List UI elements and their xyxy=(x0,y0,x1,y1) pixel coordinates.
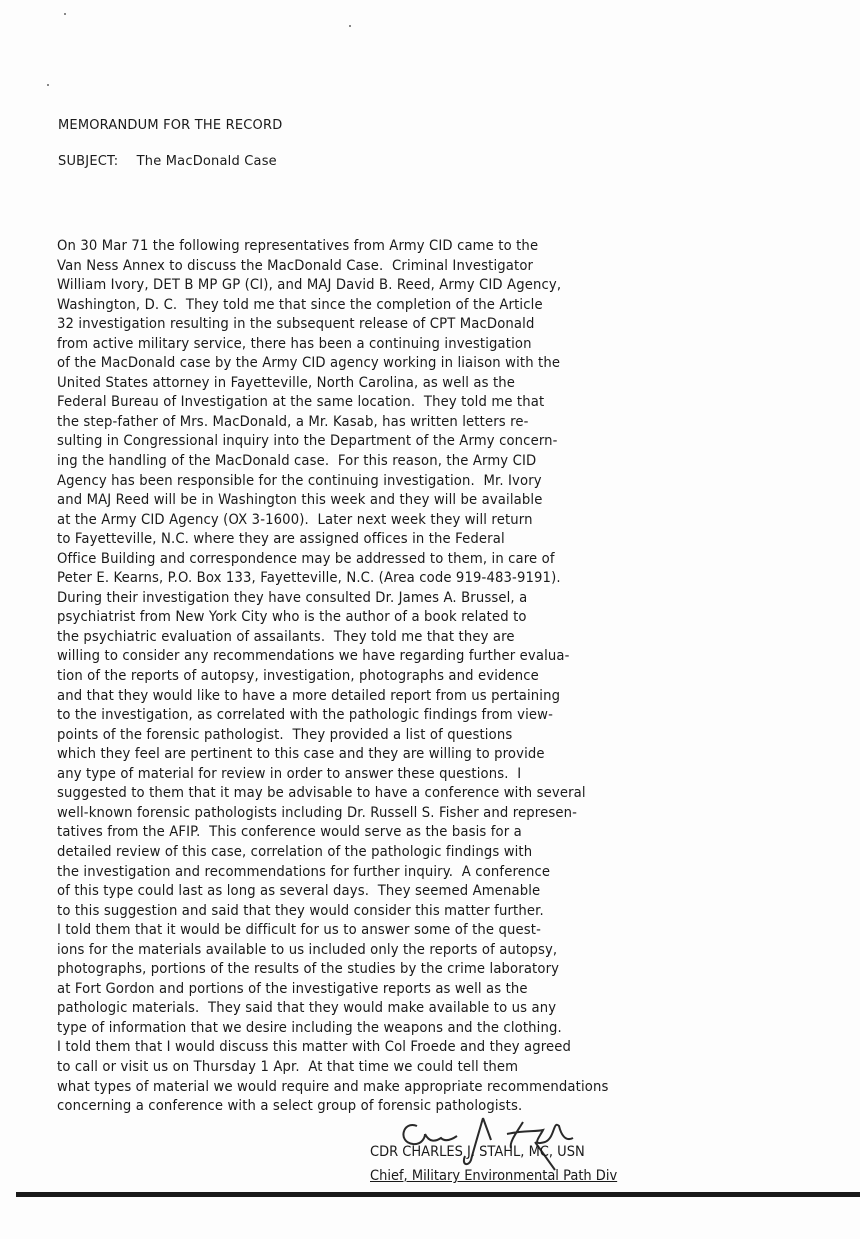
body-line: United States attorney in Fayetteville, … xyxy=(57,374,792,394)
scan-speck xyxy=(64,13,66,15)
body-line: Van Ness Annex to discuss the MacDonald … xyxy=(57,257,792,277)
body-line: what types of material we would require … xyxy=(57,1078,792,1098)
body-line: ions for the materials available to us i… xyxy=(57,941,792,961)
body-line: On 30 Mar 71 the following representativ… xyxy=(57,237,792,257)
body-line: well-known forensic pathologists includi… xyxy=(57,804,792,824)
body-line: Office Building and correspondence may b… xyxy=(57,550,792,570)
scan-speck xyxy=(47,84,49,86)
body-line: detailed review of this case, correlatio… xyxy=(57,843,792,863)
subject-line: SUBJECT: The MacDonald Case xyxy=(58,154,277,169)
body-line: to call or visit us on Thursday 1 Apr. A… xyxy=(57,1058,792,1078)
body-line: which they feel are pertinent to this ca… xyxy=(57,745,792,765)
body-line: 32 investigation resulting in the subseq… xyxy=(57,315,792,335)
body-line: tion of the reports of autopsy, investig… xyxy=(57,667,792,687)
body-line: I told them that it would be difficult f… xyxy=(57,921,792,941)
memo-body: On 30 Mar 71 the following representativ… xyxy=(57,237,847,1117)
body-line: and MAJ Reed will be in Washington this … xyxy=(57,491,792,511)
body-line: willing to consider any recommendations … xyxy=(57,647,792,667)
body-line: at the Army CID Agency (OX 3-1600). Late… xyxy=(57,511,792,531)
body-line: points of the forensic pathologist. They… xyxy=(57,726,792,746)
body-line: Federal Bureau of Investigation at the s… xyxy=(57,393,792,413)
body-line: pathologic materials. They said that the… xyxy=(57,999,792,1019)
subject-label: SUBJECT: xyxy=(58,154,118,169)
signer-name: CDR CHARLES J. STAHL, MC, USN xyxy=(370,1140,617,1164)
signer-title: Chief, Military Environmental Path Div xyxy=(370,1164,617,1188)
body-line: and that they would like to have a more … xyxy=(57,687,792,707)
body-line: at Fort Gordon and portions of the inves… xyxy=(57,980,792,1000)
memo-title: MEMORANDUM FOR THE RECORD xyxy=(58,118,282,133)
body-line: the step-father of Mrs. MacDonald, a Mr.… xyxy=(57,413,792,433)
body-line: the investigation and recommendations fo… xyxy=(57,863,792,883)
body-line: the psychiatric evaluation of assailants… xyxy=(57,628,792,648)
body-line: Agency has been responsible for the cont… xyxy=(57,472,792,492)
subject-value: The MacDonald Case xyxy=(137,154,277,169)
memo-page: MEMORANDUM FOR THE RECORD SUBJECT: The M… xyxy=(0,0,860,1239)
signature-block: CDR CHARLES J. STAHL, MC, USN Chief, Mil… xyxy=(370,1140,636,1188)
body-line: to the investigation, as correlated with… xyxy=(57,706,792,726)
body-line: photographs, portions of the results of … xyxy=(57,960,792,980)
body-line: tatives from the AFIP. This conference w… xyxy=(57,823,792,843)
body-line: psychiatrist from New York City who is t… xyxy=(57,608,792,628)
body-line: Peter E. Kearns, P.O. Box 133, Fayettevi… xyxy=(57,569,792,589)
body-line: I told them that I would discuss this ma… xyxy=(57,1038,792,1058)
body-line: of the MacDonald case by the Army CID ag… xyxy=(57,354,792,374)
body-line: Washington, D. C. They told me that sinc… xyxy=(57,296,792,316)
body-line: suggested to them that it may be advisab… xyxy=(57,784,792,804)
body-line: type of information that we desire inclu… xyxy=(57,1019,792,1039)
bottom-rule xyxy=(16,1192,860,1197)
body-line: sulting in Congressional inquiry into th… xyxy=(57,432,792,452)
scan-speck xyxy=(349,25,351,27)
body-line: any type of material for review in order… xyxy=(57,765,792,785)
body-line: William Ivory, DET B MP GP (CI), and MAJ… xyxy=(57,276,792,296)
body-line: to Fayetteville, N.C. where they are ass… xyxy=(57,530,792,550)
body-line: to this suggestion and said that they wo… xyxy=(57,902,792,922)
body-line: concerning a conference with a select gr… xyxy=(57,1097,792,1117)
body-line: from active military service, there has … xyxy=(57,335,792,355)
body-line: During their investigation they have con… xyxy=(57,589,792,609)
body-line: of this type could last as long as sever… xyxy=(57,882,792,902)
body-line: ing the handling of the MacDonald case. … xyxy=(57,452,792,472)
